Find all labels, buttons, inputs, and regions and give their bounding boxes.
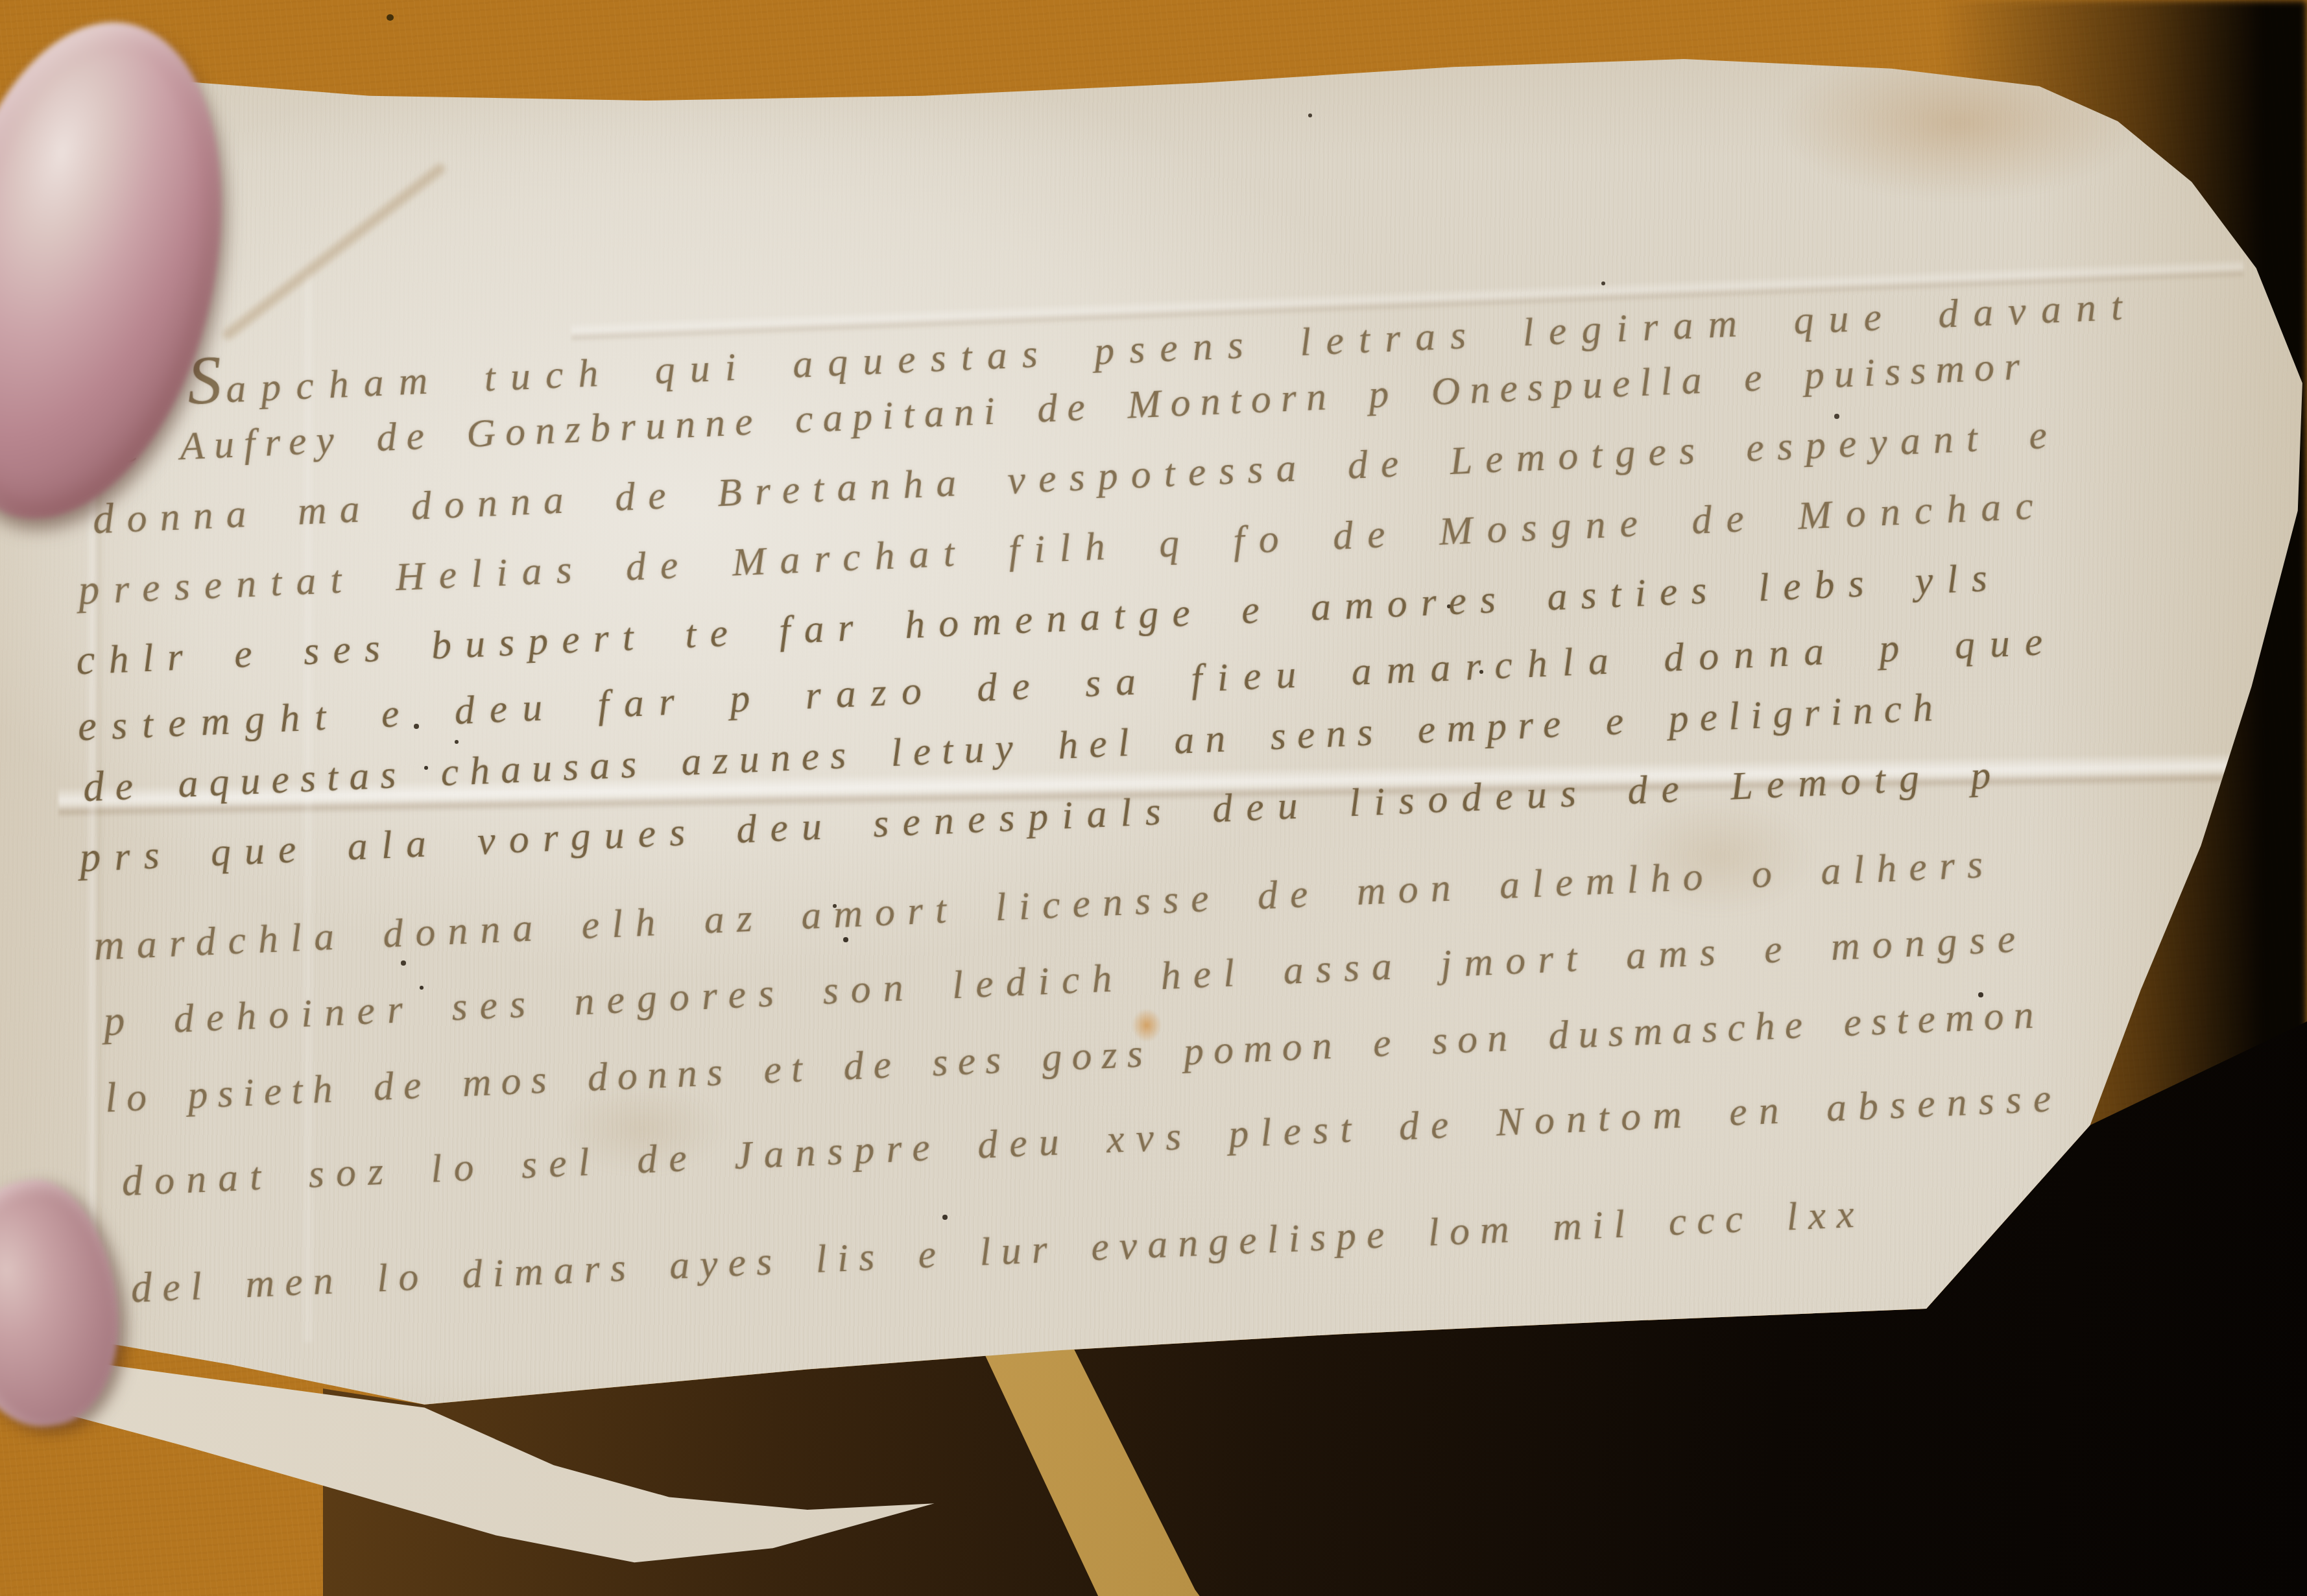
manuscript-text-block: Sapcham tuch qui aquestas psens letras l… <box>36 229 2307 1429</box>
photo-medieval-charter: { "photo": { "subject": "Medieval parchm… <box>0 0 2307 1596</box>
leather-speck <box>387 14 394 21</box>
manuscript-line: del men lo dimars ayes lis e lur evangel… <box>130 1192 1865 1310</box>
leather-speck <box>52 64 62 73</box>
